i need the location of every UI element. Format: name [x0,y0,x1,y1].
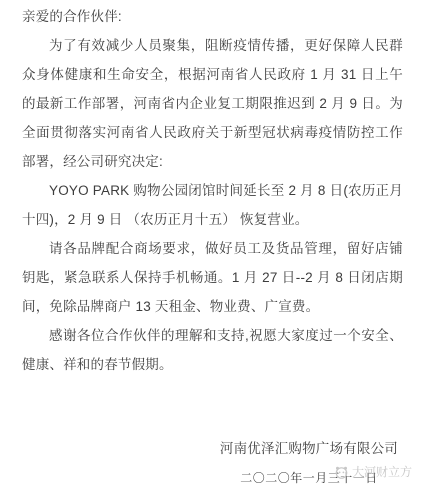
notice-document: 亲爱的合作伙伴: 为了有效减少人员聚集，阻断疫情传播，更好保障人民群众身体健康和… [0,0,423,492]
paragraph-closure-extension: YOYO PARK 购物公园闭馆时间延长至 2 月 8 日(农历正月十四)，2 … [22,176,403,234]
company-name: 河南优泽汇购物广场有限公司 [220,434,398,463]
panda-circle-logo-icon [334,465,349,480]
signature-inner: 河南优泽汇购物广场有限公司 二〇二〇年一月三十一日 [220,434,398,492]
paragraph-brand-requirements: 请各品牌配合商场要求，做好员工及货品管理，留好店铺钥匙，紧急联系人保持手机畅通。… [22,234,403,321]
signature-block: 河南优泽汇购物广场有限公司 二〇二〇年一月三十一日 [22,434,403,492]
salutation: 亲爱的合作伙伴: [22,2,403,31]
watermark-text: 大河财立方 [352,464,412,480]
paragraph-thanks: 感谢各位合作伙伴的理解和支持,祝愿大家度过一个安全、健康、祥和的春节假期。 [22,321,403,379]
paragraph-background: 为了有效减少人员聚集，阻断疫情传播，更好保障人民群众身体健康和生命安全，根据河南… [22,31,403,176]
watermark: 大河财立方 [334,464,412,480]
